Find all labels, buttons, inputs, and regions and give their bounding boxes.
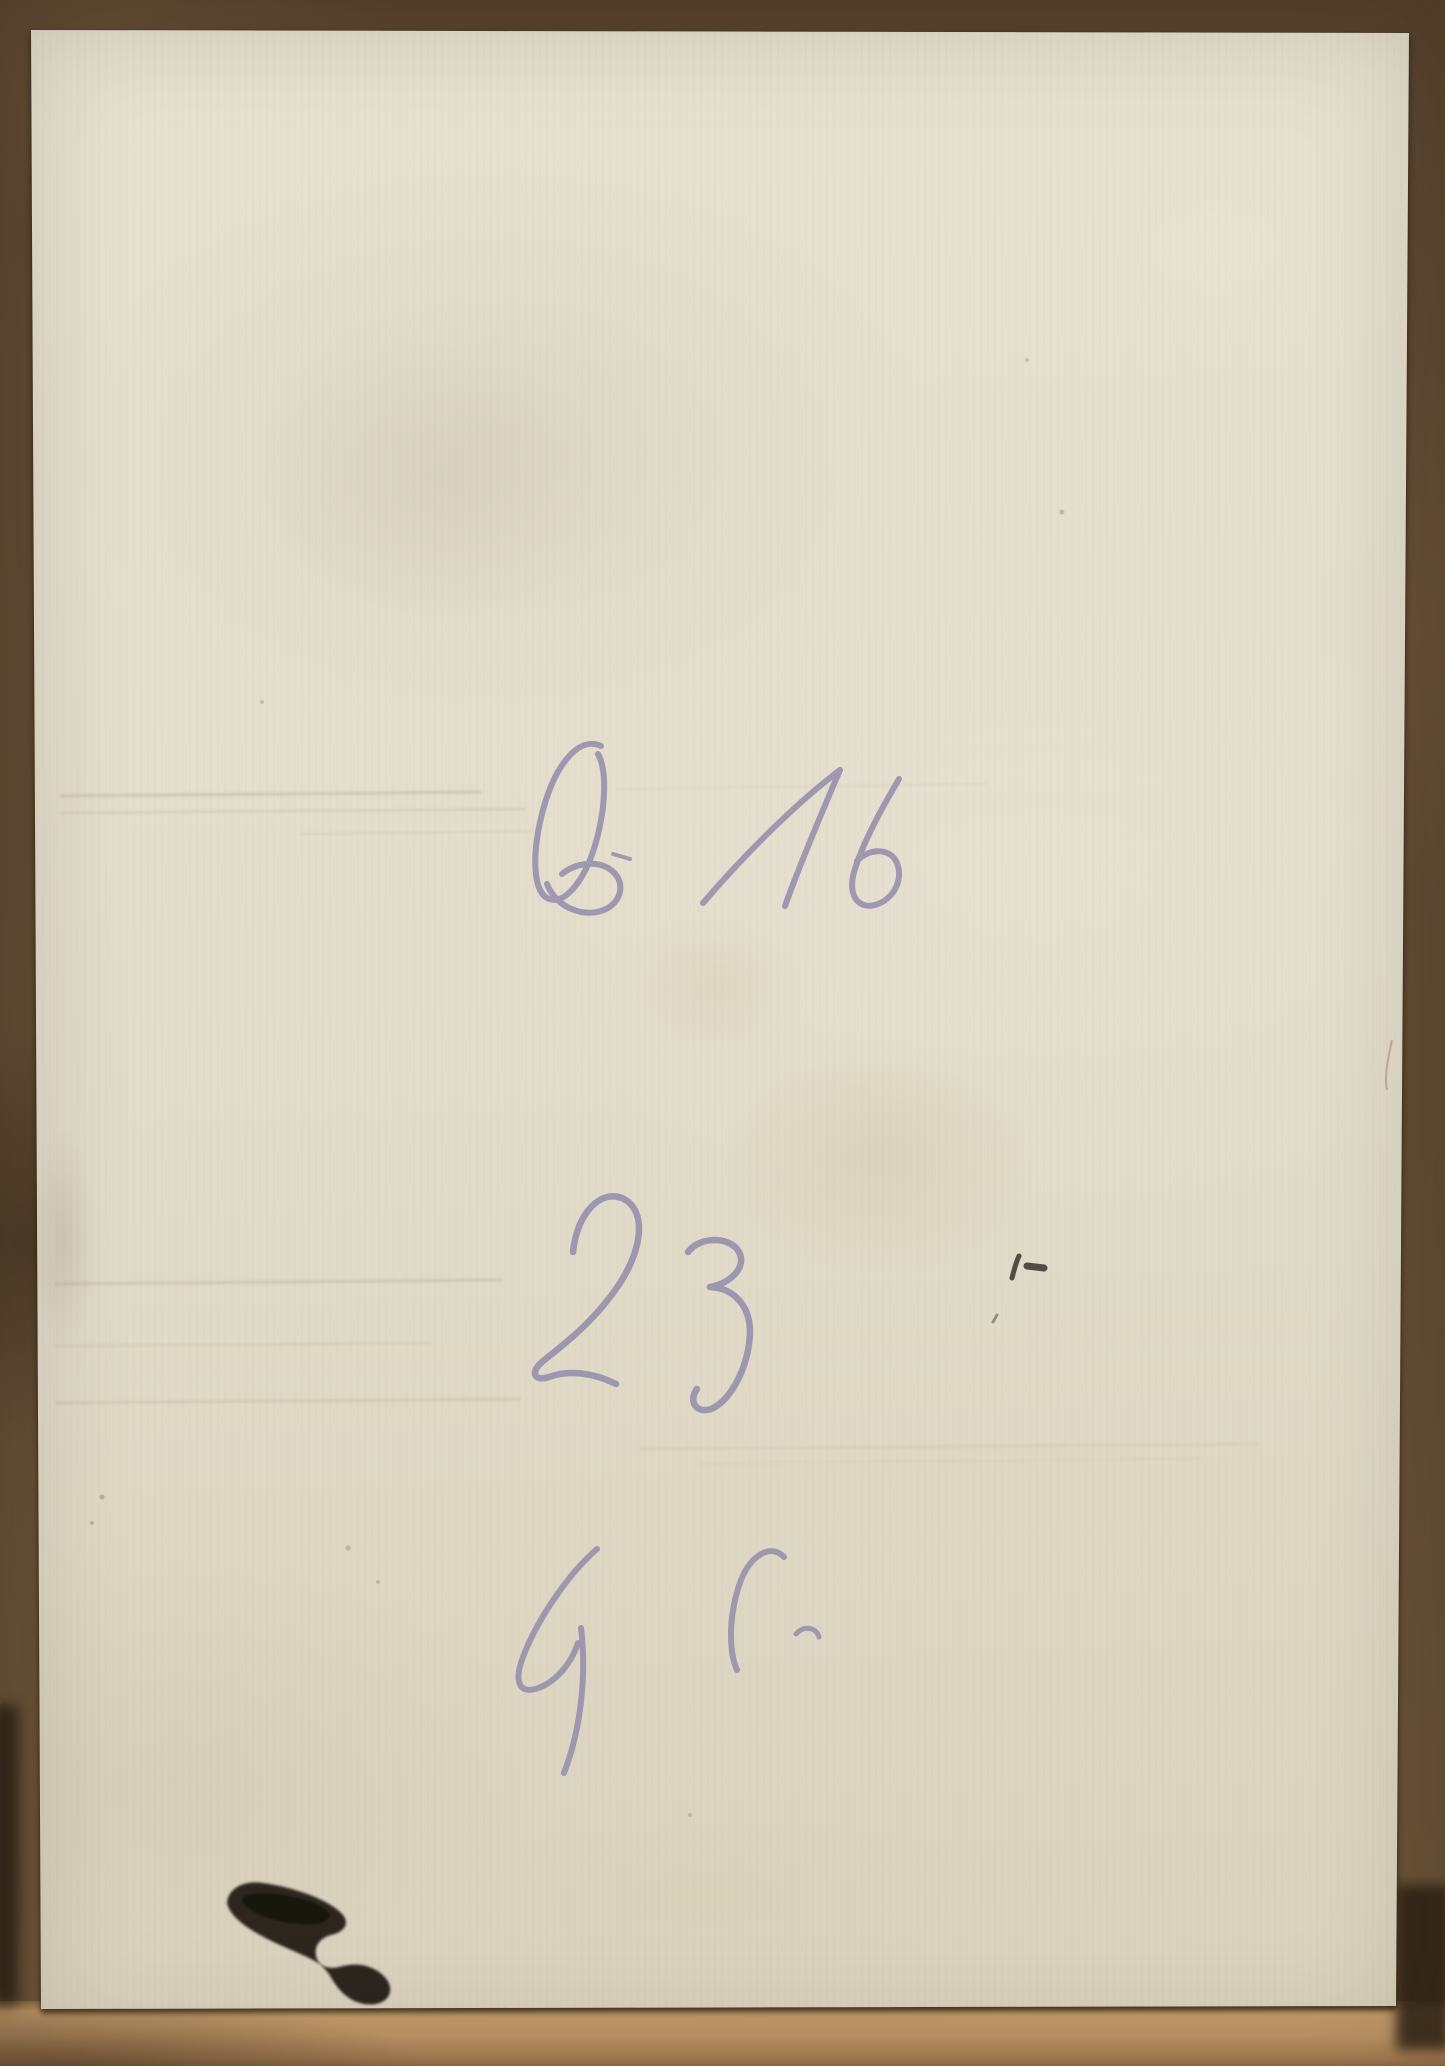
handwriting-23 <box>535 1196 750 1410</box>
faint-streak-lines <box>56 784 1260 1463</box>
ink-tick-marks <box>993 1256 1044 1322</box>
paper-specks <box>0 358 1065 1817</box>
paper-markings-overlay <box>0 0 1445 2066</box>
paper-scratch <box>1386 1040 1392 1090</box>
handwriting-b16 <box>535 744 899 913</box>
photo-scene: B- 16 23 4 C '- <box>0 0 1445 2066</box>
ink-blot <box>227 1882 390 2004</box>
handwriting-4c <box>519 1549 819 1773</box>
